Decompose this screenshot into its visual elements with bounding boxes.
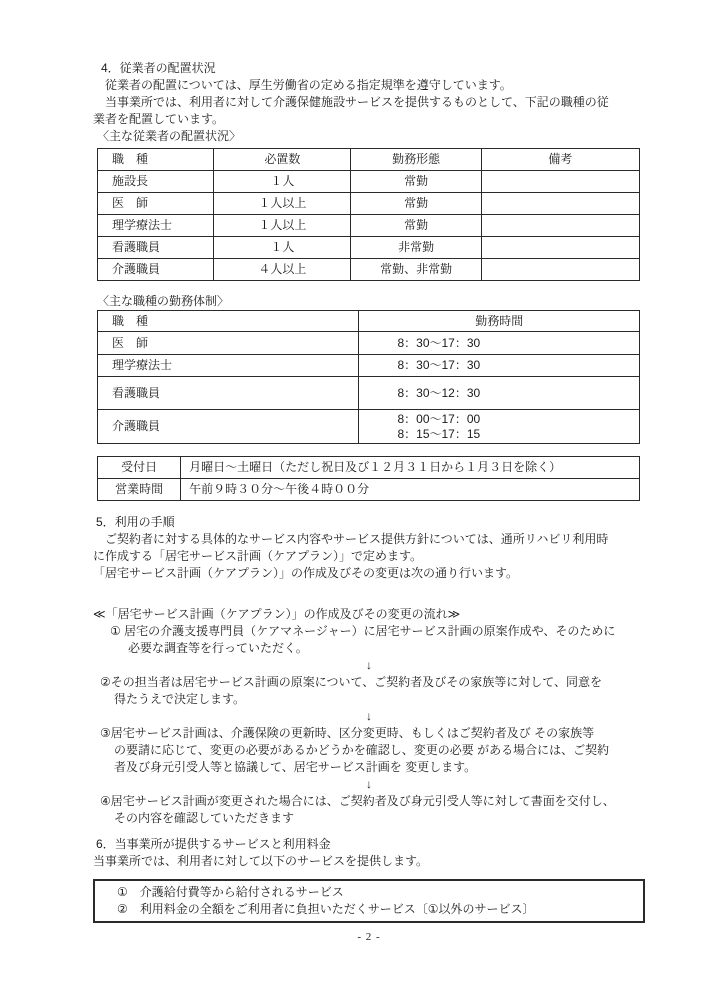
staffing-header-row: 職 種 必置数 勤務形態 備考 (98, 149, 640, 171)
staffing-cell-count: １人 (214, 171, 351, 193)
staffing-header-worktype: 勤務形態 (351, 149, 481, 171)
flow-down-arrow-icon: ↓ (93, 708, 645, 725)
staffing-cell-count: １人以上 (214, 215, 351, 237)
careplan-flow-step-2: ②その担当者は居宅サービス計画の原案について、ご契約者及びその家族等に対して、同… (93, 674, 645, 708)
shift-table-caption: 〈主な職種の勤務体制〉 (93, 293, 645, 310)
staffing-header-count: 必置数 (214, 149, 351, 171)
shift-cell-hours: 8：30～17：30 (359, 355, 640, 377)
staffing-cell-note (481, 171, 639, 193)
staffing-row: 理学療法士 １人以上 常勤 (98, 215, 640, 237)
flow-down-arrow-icon: ↓ (93, 776, 645, 793)
shift-row: 看護職員 8：30～12：30 (98, 377, 640, 410)
careplan-flow-title: ≪「居宅サービス計画（ケアプラン）」の作成及びその変更の流れ≫ (93, 606, 645, 623)
staffing-table: 職 種 必置数 勤務形態 備考 施設長 １人 常勤 医 師 １人以上 常勤 (97, 148, 640, 281)
staffing-cell-count: ４人以上 (214, 259, 351, 281)
document-page: 4．従業者の配置状況 従業者の配置については、厚生労働省の定める指定規準を遵守し… (0, 0, 707, 1000)
section5-intro: ご契約者に対する具体的なサービス内容やサービス提供方針については、通所リハビリ利… (93, 531, 645, 582)
shift-row: 介護職員 8：00～17：00 8：15～17：15 (98, 410, 640, 444)
section4-heading: 4．従業者の配置状況 (93, 60, 645, 77)
careplan-flow-step-4: ④居宅サービス計画が変更された場合には、ご契約者及び身元引受人等に対して書面を交… (93, 793, 645, 827)
shift-header-hours: 勤務時間 (359, 311, 640, 332)
shift-header-row: 職 種 勤務時間 (98, 311, 640, 332)
staffing-header-job: 職 種 (98, 149, 214, 171)
section6-heading: 6．当事業所が提供するサービスと利用料金 (93, 836, 645, 853)
staffing-row: 看護職員 １人 非常勤 (98, 237, 640, 259)
service-item-1: ① 介護給付費等から給付されるサービス (95, 884, 643, 901)
shift-cell-hours: 8：30～12：30 (359, 377, 640, 410)
shift-header-job: 職 種 (98, 311, 359, 332)
shift-cell-hours: 8：30～17：30 (359, 332, 640, 355)
staffing-cell-worktype: 常勤 (351, 193, 481, 215)
staffing-cell-job: 理学療法士 (98, 215, 214, 237)
services-box: ① 介護給付費等から給付されるサービス ② 利用料金の全額をご利用者に負担いただ… (93, 879, 645, 923)
shift-cell-job: 介護職員 (98, 410, 359, 444)
document-content: 4．従業者の配置状況 従業者の配置については、厚生労働省の定める指定規準を遵守し… (93, 60, 645, 946)
staffing-cell-note (481, 215, 639, 237)
section5-heading: 5．利用の手順 (93, 514, 645, 531)
staffing-header-note: 備考 (481, 149, 639, 171)
staffing-cell-worktype: 常勤 (351, 171, 481, 193)
business-hours-value: 午前９時３０分～午後４時００分 (181, 479, 640, 501)
business-hours-label: 営業時間 (98, 479, 181, 501)
staffing-table-caption: 〈主な従業者の配置状況〉 (93, 128, 645, 145)
service-item-2: ② 利用料金の全額をご利用者に負担いただくサービス〔①以外のサービス〕 (95, 901, 643, 918)
staffing-cell-count: １人 (214, 237, 351, 259)
careplan-flow-step-3: ③居宅サービス計画は、介護保険の更新時、区分変更時、もしくはご契約者及び その家… (93, 725, 645, 776)
staffing-cell-worktype: 常勤 (351, 215, 481, 237)
reception-day-label: 受付日 (98, 457, 181, 479)
staffing-row: 医 師 １人以上 常勤 (98, 193, 640, 215)
shift-cell-hours: 8：00～17：00 8：15～17：15 (359, 410, 640, 444)
staffing-cell-note (481, 259, 639, 281)
staffing-cell-job: 施設長 (98, 171, 214, 193)
staffing-row: 介護職員 ４人以上 常勤、非常勤 (98, 259, 640, 281)
shift-row: 医 師 8：30～17：30 (98, 332, 640, 355)
staffing-cell-note (481, 193, 639, 215)
staffing-cell-job: 医 師 (98, 193, 214, 215)
shift-row: 理学療法士 8：30～17：30 (98, 355, 640, 377)
shift-cell-job: 理学療法士 (98, 355, 359, 377)
staffing-cell-worktype: 非常勤 (351, 237, 481, 259)
shift-cell-job: 医 師 (98, 332, 359, 355)
staffing-cell-count: １人以上 (214, 193, 351, 215)
staffing-cell-worktype: 常勤、非常勤 (351, 259, 481, 281)
flow-down-arrow-icon: ↓ (93, 657, 645, 674)
staffing-cell-job: 介護職員 (98, 259, 214, 281)
page-number: - 2 - (93, 929, 645, 946)
staffing-row: 施設長 １人 常勤 (98, 171, 640, 193)
staffing-cell-job: 看護職員 (98, 237, 214, 259)
shift-cell-job: 看護職員 (98, 377, 359, 410)
shift-table: 職 種 勤務時間 医 師 8：30～17：30 理学療法士 8：30～17：30… (97, 310, 640, 444)
section6-intro: 当事業所では、利用者に対して以下のサービスを提供します。 (93, 853, 645, 870)
careplan-flow-step-1: ① 居宅の介護支援専門員（ケアマネージャー）に居宅サービス計画の原案作成や、その… (93, 623, 645, 657)
section4-intro: 従業者の配置については、厚生労働省の定める指定規準を遵守しています。 当事業所で… (93, 77, 645, 128)
business-hours-row: 営業時間 午前９時３０分～午後４時００分 (98, 479, 640, 501)
reception-day-value: 月曜日～土曜日（ただし祝日及び１２月３１日から１月３日を除く） (181, 457, 640, 479)
business-hours-table: 受付日 月曜日～土曜日（ただし祝日及び１２月３１日から１月３日を除く） 営業時間… (97, 456, 640, 501)
reception-day-row: 受付日 月曜日～土曜日（ただし祝日及び１２月３１日から１月３日を除く） (98, 457, 640, 479)
staffing-cell-note (481, 237, 639, 259)
